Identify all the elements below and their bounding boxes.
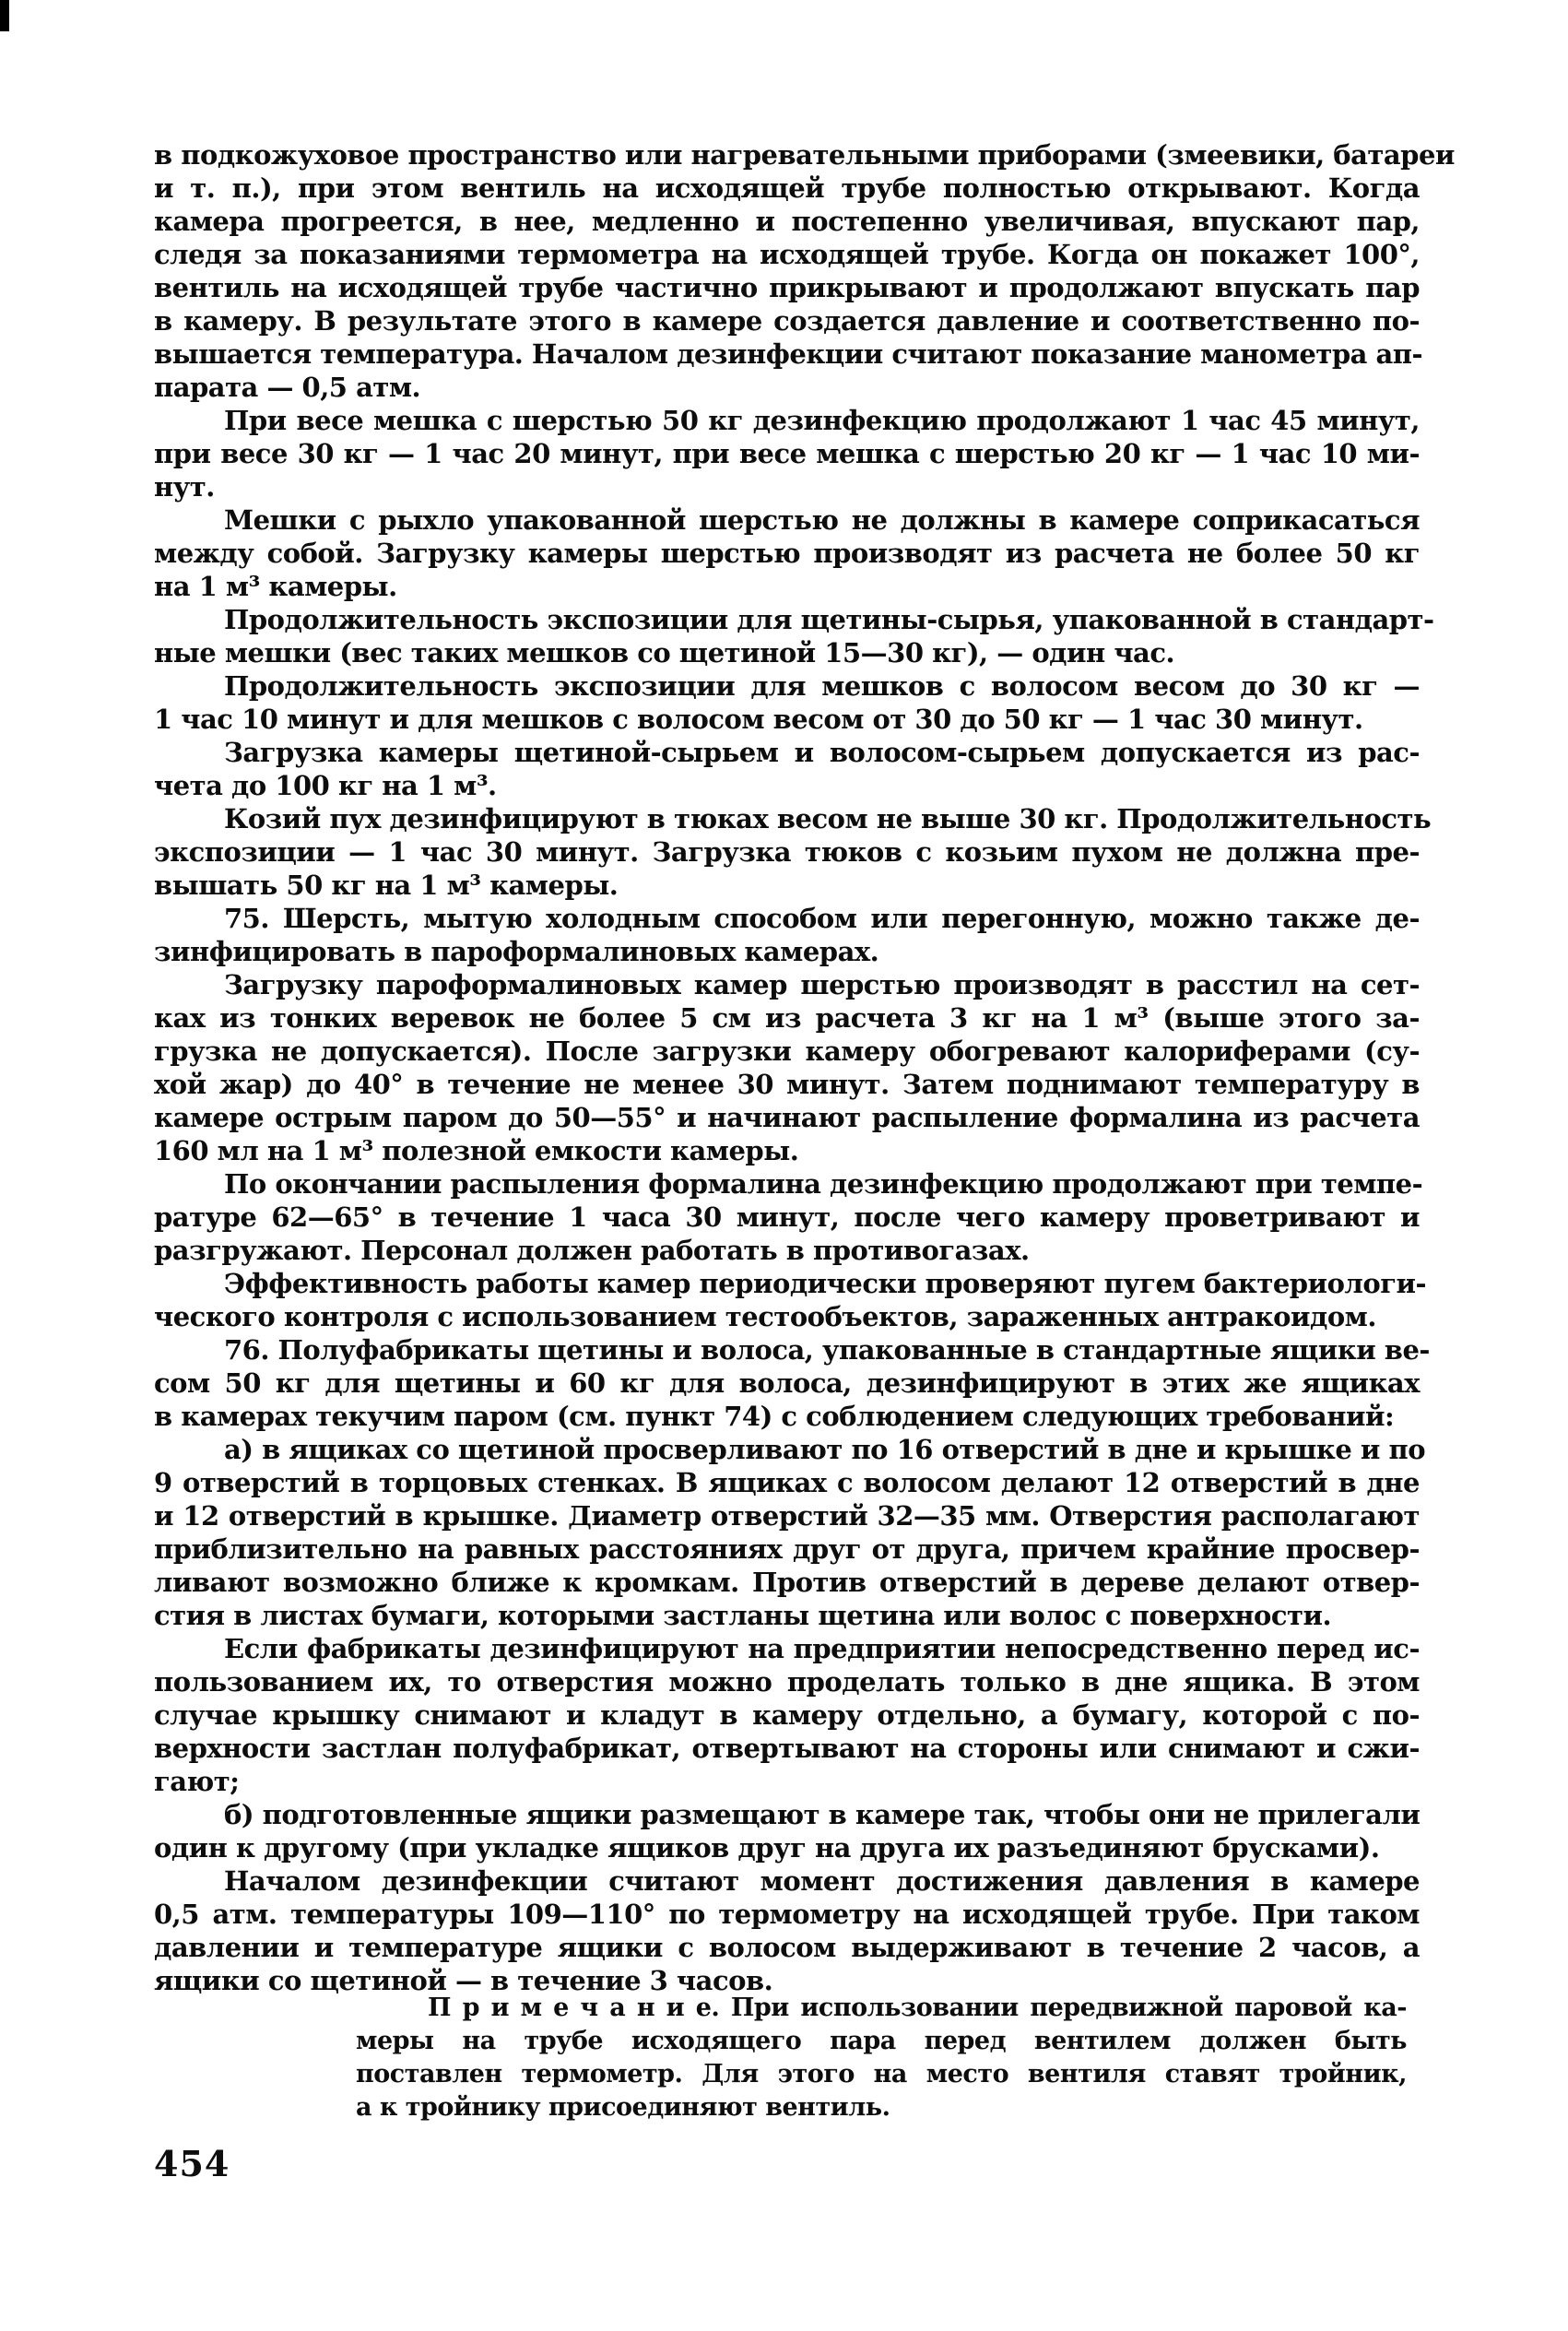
scan-edge-artifact — [0, 0, 9, 31]
text-line: приблизительно на равных расстояниях дру… — [154, 1532, 1420, 1566]
text-line: вышается температура. Началом дезинфекци… — [154, 337, 1420, 371]
text-line: парата — 0,5 атм. — [154, 371, 1420, 404]
text-line: По окончании распыления формалина дезинф… — [154, 1167, 1420, 1201]
text-line: ливают возможно ближе к кромкам. Против … — [154, 1566, 1420, 1599]
text-line: ках из тонких веревок не более 5 см из р… — [154, 1001, 1420, 1035]
text-line: и т. п.), при этом вентиль на исходящей … — [154, 172, 1420, 205]
text-line: вентиль на исходящей трубе частично прик… — [154, 271, 1420, 304]
text-line: в камерах текучим паром (см. пункт 74) с… — [154, 1400, 1420, 1433]
text-line: чета до 100 кг на 1 м³. — [154, 769, 1420, 802]
page-number: 454 — [154, 2145, 230, 2183]
text-line: меры на трубе исходящего пара перед вент… — [356, 2025, 1407, 2058]
text-line: ческого контроля с использованием тестоо… — [154, 1300, 1420, 1333]
text-line: ратуре 62—65° в течение 1 часа 30 минут,… — [154, 1201, 1420, 1234]
text-line: верхности застлан полуфабрикат, отвертыв… — [154, 1732, 1420, 1765]
text-line: камера прогреется, в нее, медленно и пос… — [154, 205, 1420, 238]
text-line: экспозиции — 1 час 30 минут. Загрузка тю… — [154, 835, 1420, 869]
text-line: 9 отверстий в торцовых стенках. В ящиках… — [154, 1466, 1420, 1499]
text-line: 75. Шерсть, мытую холодным способом или … — [154, 902, 1420, 935]
text-line: случае крышку снимают и кладут в камеру … — [154, 1698, 1420, 1732]
text-line: б) подготовленные ящики размещают в каме… — [154, 1798, 1420, 1831]
text-line: гают; — [154, 1765, 1420, 1798]
text-line: 160 мл на 1 м³ полезной емкости камеры. — [154, 1134, 1420, 1167]
text-line: один к другому (при укладке ящиков друг … — [154, 1831, 1420, 1864]
text-line: грузка не допускается). После загрузки к… — [154, 1035, 1420, 1068]
text-line: поставлен термометр. Для этого на место … — [356, 2058, 1407, 2091]
text-line: в камеру. В результате этого в камере со… — [154, 304, 1420, 337]
text-line: Мешки с рыхло упакованной шерстью не дол… — [154, 503, 1420, 537]
text-line: пользованием их, то отверстия можно прод… — [154, 1665, 1420, 1698]
text-line: камере острым паром до 50—55° и начинают… — [154, 1101, 1420, 1134]
text-line: Продолжительность экспозиции для мешков … — [154, 669, 1420, 703]
text-line: разгружают. Персонал должен работать в п… — [154, 1234, 1420, 1267]
text-line: Эффективность работы камер периодически … — [154, 1267, 1420, 1300]
text-line: зинфицировать в пароформалиновых камерах… — [154, 935, 1420, 968]
text-line: Загрузка камеры щетиной-сырьем и волосом… — [154, 736, 1420, 769]
text-line: и 12 отверстий в крышке. Диаметр отверст… — [154, 1499, 1420, 1532]
text-line: нут. — [154, 470, 1420, 503]
scanned-document-page: в подкожуховое пространство или нагреват… — [0, 0, 1568, 2331]
text-line: П р и м е ч а н и е. При использовании п… — [356, 1992, 1407, 2025]
text-line: между собой. Загрузку камеры шерстью про… — [154, 537, 1420, 570]
text-line: 76. Полуфабрикаты щетины и волоса, упако… — [154, 1333, 1420, 1367]
text-line: Козий пух дезинфицируют в тюках весом не… — [154, 802, 1420, 835]
text-line: следя за показаниями термометра на исход… — [154, 238, 1420, 271]
text-line: вышать 50 кг на 1 м³ камеры. — [154, 869, 1420, 902]
text-line: ные мешки (вес таких мешков со щетиной 1… — [154, 636, 1420, 669]
text-line: 1 час 10 минут и для мешков с волосом ве… — [154, 703, 1420, 736]
text-line: при весе 30 кг — 1 час 20 минут, при вес… — [154, 437, 1420, 470]
text-line: При весе мешка с шерстью 50 кг дезинфекц… — [154, 404, 1420, 437]
text-line: на 1 м³ камеры. — [154, 570, 1420, 603]
text-line: а) в ящиках со щетиной просверливают по … — [154, 1433, 1420, 1466]
text-line: давлении и температуре ящики с волосом в… — [154, 1931, 1420, 1964]
text-line: хой жар) до 40° в течение не менее 30 ми… — [154, 1068, 1420, 1101]
text-line: Продолжительность экспозиции для щетины-… — [154, 603, 1420, 636]
document-body: в подкожуховое пространство или нагреват… — [154, 138, 1420, 1997]
text-line: Загрузку пароформалиновых камер шерстью … — [154, 968, 1420, 1001]
text-line: Если фабрикаты дезинфицируют на предприя… — [154, 1632, 1420, 1665]
document-note: П р и м е ч а н и е. При использовании п… — [356, 1992, 1407, 2124]
text-line: сом 50 кг для щетины и 60 кг для волоса,… — [154, 1367, 1420, 1400]
text-line: стия в листах бумаги, которыми застланы … — [154, 1599, 1420, 1632]
text-line: в подкожуховое пространство или нагреват… — [154, 138, 1420, 172]
text-line: а к тройнику присоединяют вентиль. — [356, 2091, 1407, 2124]
text-line: 0,5 атм. температуры 109—110° по термоме… — [154, 1898, 1420, 1931]
text-line: Началом дезинфекции считают момент дости… — [154, 1864, 1420, 1898]
